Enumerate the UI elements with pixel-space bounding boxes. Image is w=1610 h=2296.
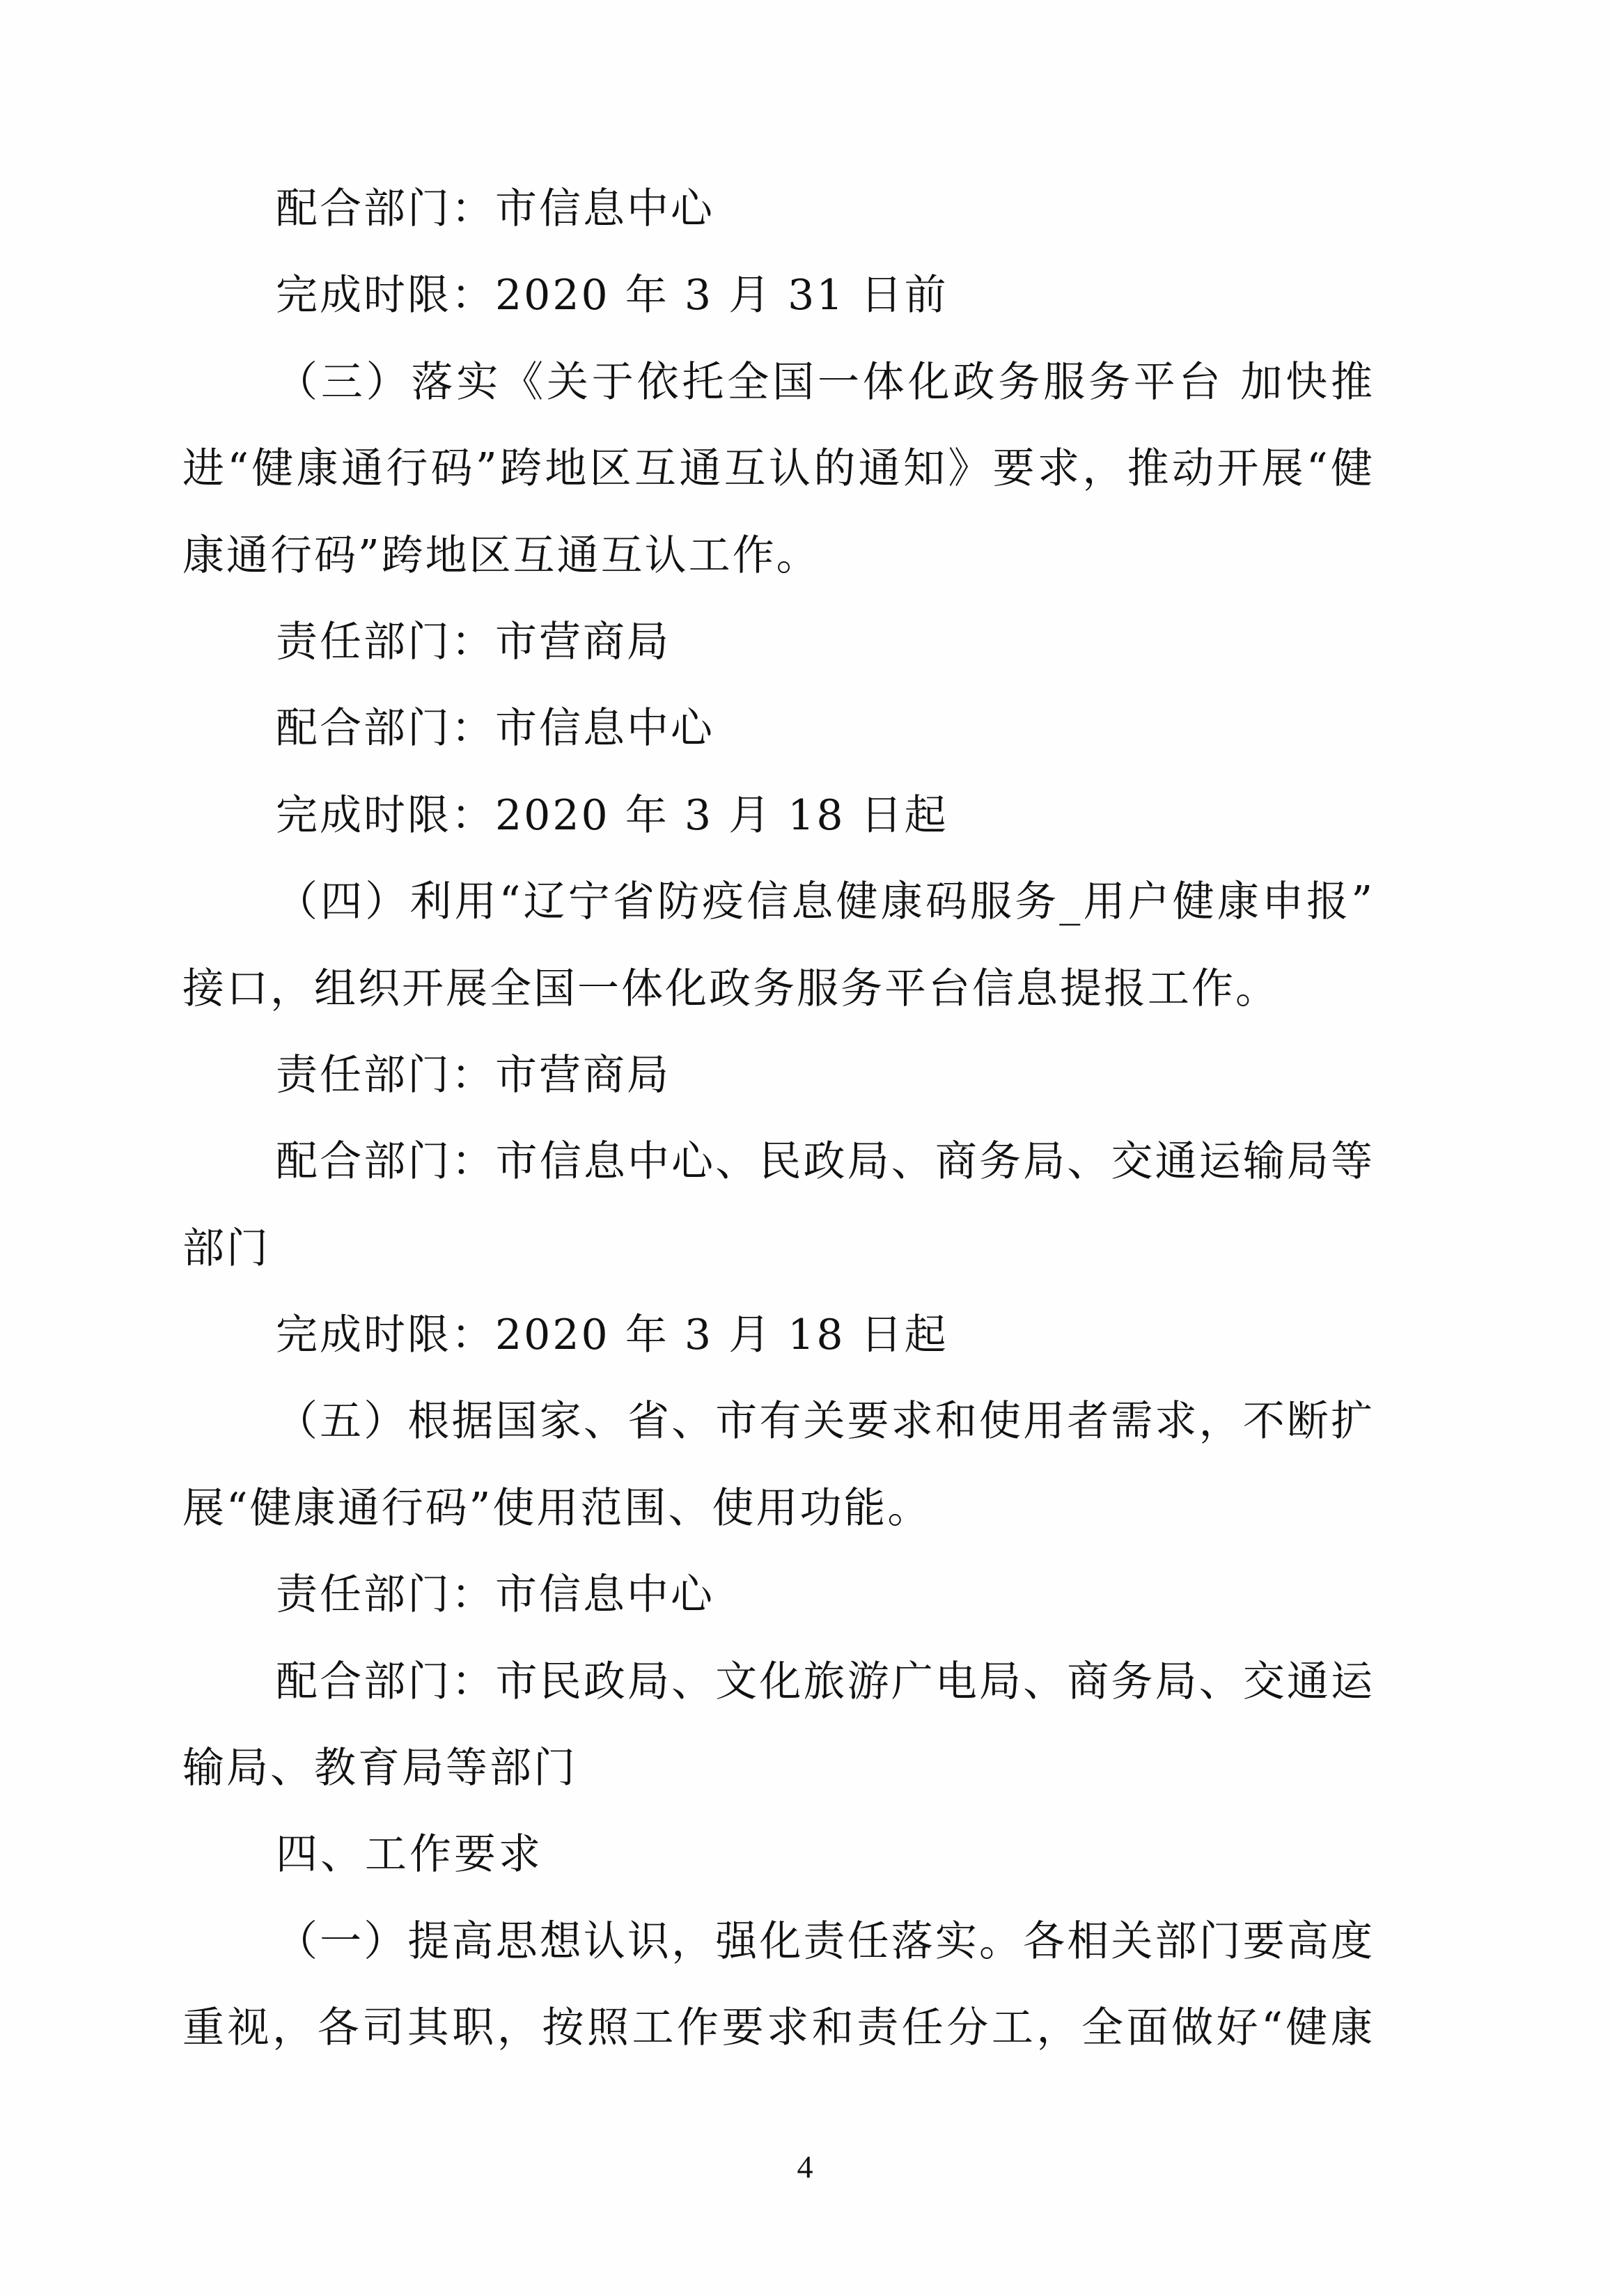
page-number: 4 <box>0 2148 1610 2185</box>
cooperating-dept-line: 配合部门：市民政局、文化旅游广电局、商务局、交通运 <box>182 1647 1375 1733</box>
cooperating-dept-line: 输局、教育局等部门 <box>182 1733 1375 1820</box>
item-5-paragraph-line: （五）根据国家、省、市有关要求和使用者需求，不断扩 <box>182 1387 1375 1473</box>
cooperating-dept-line: 部门 <box>182 1214 1375 1300</box>
responsible-dept-line: 责任部门：市营商局 <box>182 607 1375 694</box>
responsible-dept-line: 责任部门：市营商局 <box>182 1040 1375 1127</box>
deadline-line: 完成时限：2020 年 3 月 31 日前 <box>182 260 1375 347</box>
item-4-paragraph-line: 接口，组织开展全国一体化政务服务平台信息提报工作。 <box>182 954 1375 1040</box>
requirement-1-paragraph-line: 重视，各司其职，按照工作要求和责任分工，全面做好“健康 <box>182 1993 1375 2079</box>
item-5-paragraph-line: 展“健康通行码”使用范围、使用功能。 <box>182 1474 1375 1560</box>
deadline-line: 完成时限：2020 年 3 月 18 日起 <box>182 1300 1375 1387</box>
document-page: 配合部门：市信息中心 完成时限：2020 年 3 月 31 日前 （三）落实《关… <box>0 0 1610 2296</box>
deadline-line: 完成时限：2020 年 3 月 18 日起 <box>182 781 1375 867</box>
cooperating-dept-line: 配合部门：市信息中心 <box>182 174 1375 260</box>
section-heading: 四、工作要求 <box>182 1820 1375 1906</box>
cooperating-dept-line: 配合部门：市信息中心 <box>182 694 1375 780</box>
item-4-paragraph-line: （四）利用“辽宁省防疫信息健康码服务_用户健康申报” <box>182 867 1375 953</box>
item-3-paragraph-line: 康通行码”跨地区互通互认工作。 <box>182 521 1375 607</box>
text-column: 配合部门：市信息中心 完成时限：2020 年 3 月 31 日前 （三）落实《关… <box>182 174 1375 2080</box>
cooperating-dept-line: 配合部门：市信息中心、民政局、商务局、交通运输局等 <box>182 1127 1375 1213</box>
requirement-1-paragraph-line: （一）提高思想认识，强化责任落实。各相关部门要高度 <box>182 1907 1375 1993</box>
responsible-dept-line: 责任部门：市信息中心 <box>182 1560 1375 1646</box>
item-3-paragraph-line: 进“健康通行码”跨地区互通互认的通知》要求，推动开展“健 <box>182 434 1375 520</box>
item-3-paragraph-line: （三）落实《关于依托全国一体化政务服务平台 加快推 <box>182 347 1375 434</box>
